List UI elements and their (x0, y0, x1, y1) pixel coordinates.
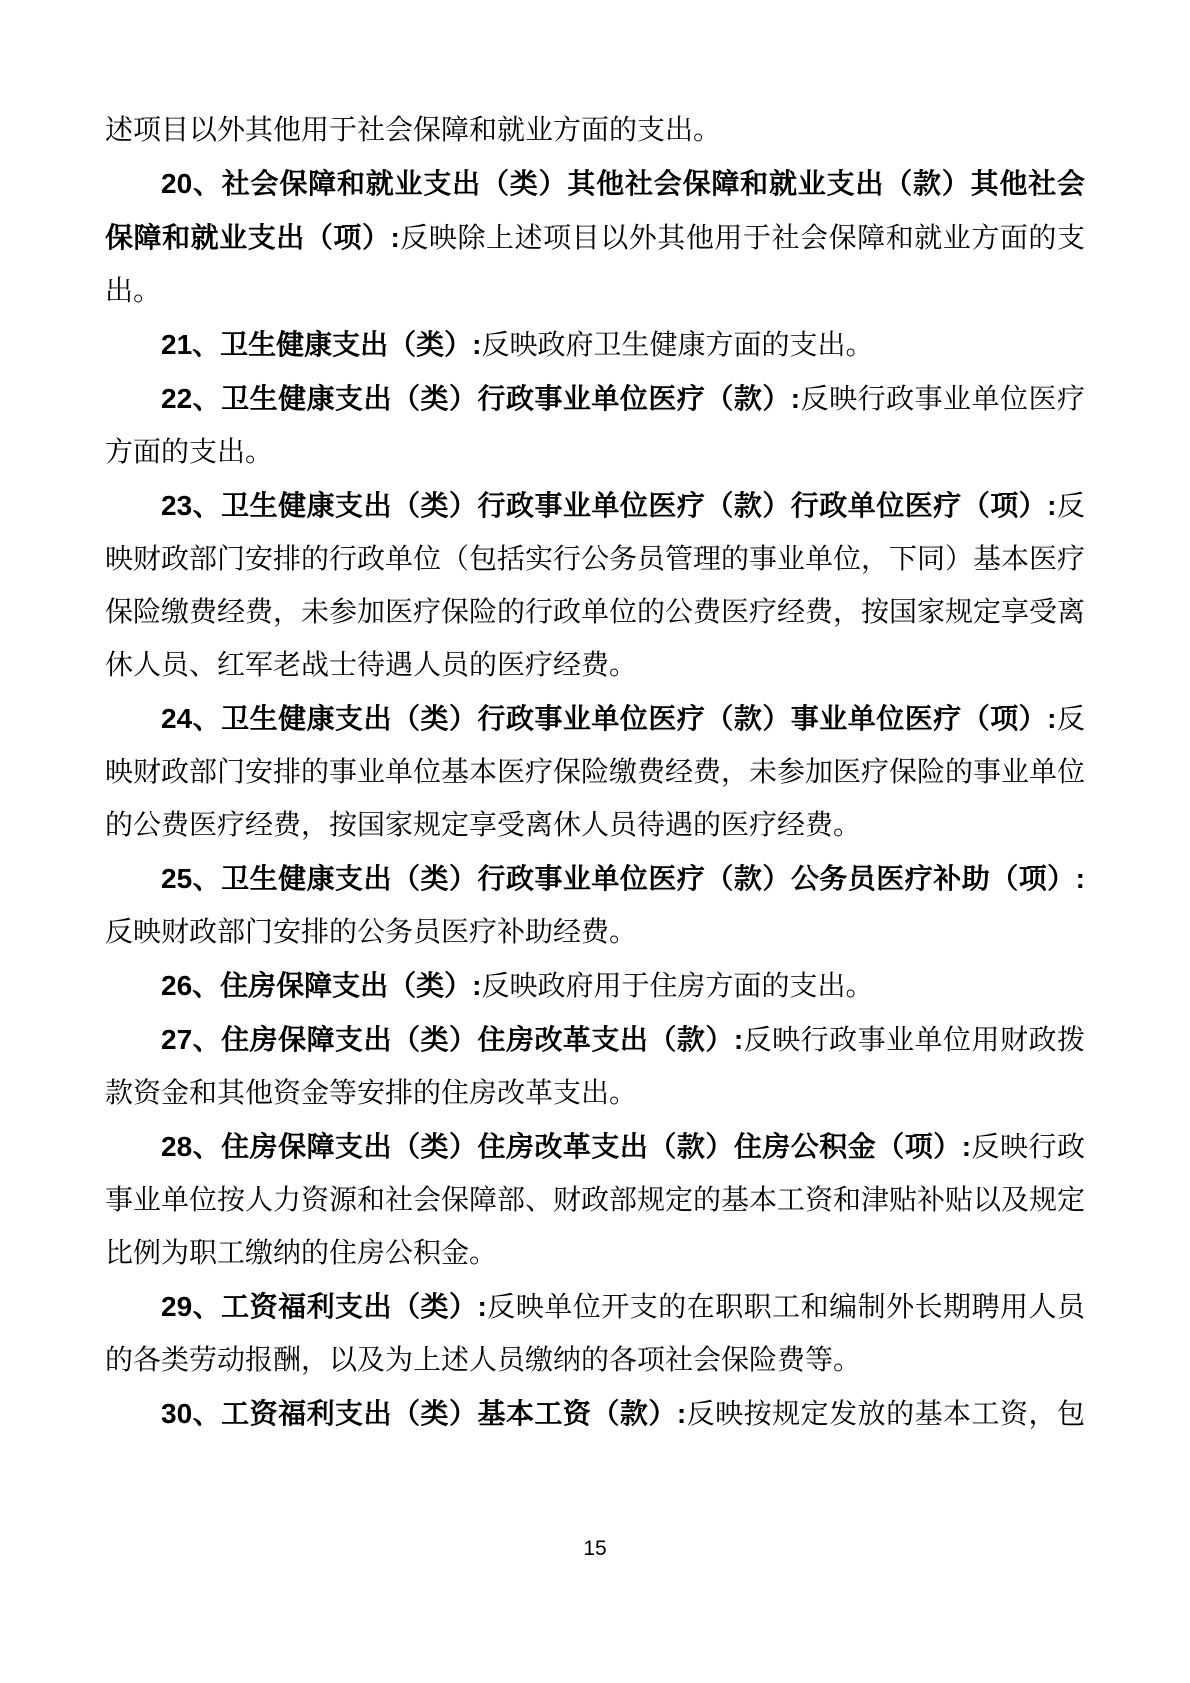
document-content: 述项目以外其他用于社会保障和就业方面的支出。 20、社会保障和就业支出（类）其他… (105, 103, 1085, 1441)
paragraph-text: 反映财政部门安排的公务员医疗补助经费。 (105, 917, 637, 948)
paragraph-22: 22、卫生健康支出（类）行政事业单位医疗（款）:反映行政事业单位医疗方面的支出。 (105, 372, 1085, 479)
paragraph-text: 述项目以外其他用于社会保障和就业方面的支出。 (105, 115, 721, 146)
paragraph-28: 28、住房保障支出（类）住房改革支出（款）住房公积金（项）:反映行政事业单位按人… (105, 1120, 1085, 1280)
paragraph-25: 25、卫生健康支出（类）行政事业单位医疗（款）公务员医疗补助（项）:反映财政部门… (105, 852, 1085, 959)
paragraph-23: 23、卫生健康支出（类）行政事业单位医疗（款）行政单位医疗（项）:反映财政部门安… (105, 479, 1085, 692)
paragraph-heading: 26、住房保障支出（类）: (161, 970, 481, 1001)
paragraph-24: 24、卫生健康支出（类）行政事业单位医疗（款）事业单位医疗（项）:反映财政部门安… (105, 692, 1085, 852)
paragraph-heading: 23、卫生健康支出（类）行政事业单位医疗（款）行政单位医疗（项）: (161, 490, 1057, 521)
paragraph-text: 反映按规定发放的基本工资，包 (686, 1399, 1085, 1430)
paragraph-text: 反映政府用于住房方面的支出。 (481, 971, 873, 1002)
paragraph-heading: 30、工资福利支出（类）基本工资（款）: (161, 1398, 686, 1429)
paragraph-heading: 21、卫生健康支出（类）: (161, 329, 481, 360)
paragraph-heading: 24、卫生健康支出（类）行政事业单位医疗（款）事业单位医疗（项）: (161, 703, 1057, 734)
paragraph-20: 20、社会保障和就业支出（类）其他社会保障和就业支出（款）其他社会保障和就业支出… (105, 157, 1085, 318)
paragraph-continuation: 述项目以外其他用于社会保障和就业方面的支出。 (105, 103, 1085, 157)
paragraph-27: 27、住房保障支出（类）住房改革支出（款）:反映行政事业单位用财政拨款资金和其他… (105, 1013, 1085, 1120)
paragraph-heading: 25、卫生健康支出（类）行政事业单位医疗（款）公务员医疗补助（项）: (161, 863, 1085, 894)
paragraph-21: 21、卫生健康支出（类）:反映政府卫生健康方面的支出。 (105, 318, 1085, 372)
page-footer: 15 (0, 1537, 1190, 1561)
paragraph-30: 30、工资福利支出（类）基本工资（款）:反映按规定发放的基本工资，包 (105, 1387, 1085, 1441)
paragraph-heading: 28、住房保障支出（类）住房改革支出（款）住房公积金（项）: (161, 1131, 971, 1162)
paragraph-29: 29、工资福利支出（类）:反映单位开支的在职职工和编制外长期聘用人员的各类劳动报… (105, 1280, 1085, 1387)
paragraph-text: 反映政府卫生健康方面的支出。 (481, 330, 873, 361)
paragraph-heading: 22、卫生健康支出（类）行政事业单位医疗（款）: (161, 383, 800, 414)
paragraph-26: 26、住房保障支出（类）:反映政府用于住房方面的支出。 (105, 959, 1085, 1013)
paragraph-heading: 27、住房保障支出（类）住房改革支出（款）: (161, 1024, 743, 1055)
page-number: 15 (583, 1537, 606, 1560)
document-page: 述项目以外其他用于社会保障和就业方面的支出。 20、社会保障和就业支出（类）其他… (0, 0, 1190, 1683)
paragraph-heading: 29、工资福利支出（类）: (161, 1291, 487, 1322)
